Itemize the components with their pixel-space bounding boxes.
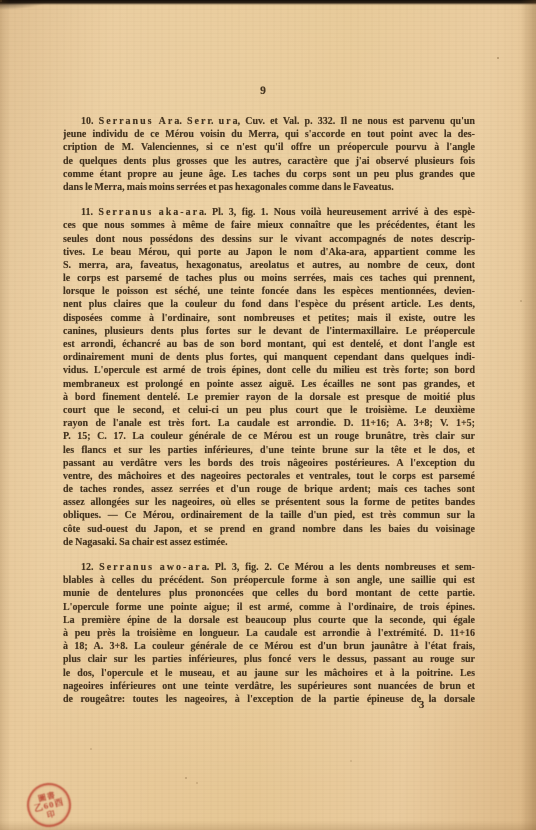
text-line: obliques. — Ce Mérou, ordinairement de l…	[63, 509, 475, 522]
text-line: membraneux est prolongé en pointe assez …	[63, 378, 475, 391]
text-line: court que le second, et celui-ci un peu …	[63, 404, 475, 417]
page-edge-shadow-bottom	[0, 821, 536, 830]
text-line: nent plus claires que la couleur du fond…	[63, 298, 475, 311]
text-line: P. 15; C. 17. La couleur générale de ce …	[63, 430, 475, 443]
text-line: tives. Le beau Mérou, qui porte au Japon…	[63, 246, 475, 259]
paragraph-11: 11. S e r r a n u s a k a - a r a. Pl. 3…	[63, 206, 475, 549]
text-line: est arrondi, échancré au bas de son bord…	[63, 338, 475, 351]
page-edge-shadow-right	[520, 0, 536, 830]
text-line: cription de M. Valenciennes, si ce n'est…	[63, 141, 475, 154]
text-line: les flancs et sur les parties inférieure…	[63, 444, 475, 457]
text-line: rayon de l'anale est très fort. La cauda…	[63, 417, 475, 430]
text-line: lorsque le poisson est séché, une teinte…	[63, 285, 475, 298]
text-line: munie de dentelures plus prononcées que …	[63, 587, 475, 600]
text-line: 11. S e r r a n u s a k a - a r a. Pl. 3…	[63, 206, 475, 219]
text-line: assez allongées sur les nageoires, où el…	[63, 496, 475, 509]
text-line: canines, plusieurs dents plus fortes sur…	[63, 325, 475, 338]
page-number: 9	[57, 85, 469, 97]
text-line: S. merra, ara, faveatus, hexagonatus, ar…	[63, 259, 475, 272]
text-line: à bord finement dentelé. Le premier rayo…	[63, 391, 475, 404]
text-line: ces que nous sommes à même de faire mieu…	[63, 219, 475, 232]
text-line: le dos, l'opercule et le museau, et au j…	[63, 667, 475, 680]
body-text: 10. S e r r a n u s A r a. S e r r. u r …	[63, 115, 475, 706]
text-line: plus clair sur les parties inférieures, …	[63, 653, 475, 666]
scan-edge-top	[0, 0, 536, 5]
text-line: blables à celles du précédent. Son préop…	[63, 574, 475, 587]
text-line: de taches rondes, assez serrées et d'un …	[63, 483, 475, 496]
text-line: L'opercule forme une pointe aigue; il es…	[63, 601, 475, 614]
text-line: ventre, des mâchoires et des nageoires p…	[63, 470, 475, 483]
text-line: le corps est parsemé de taches plus ou m…	[63, 272, 475, 285]
text-line: à 18; A. 3+8. La couleur générale de ce …	[63, 640, 475, 653]
text-line: disposées comme à l'ordinaire, sont nomb…	[63, 312, 475, 325]
text-line: dans le Merra, mais moins serrées et pas…	[63, 181, 475, 194]
text-line: nageoires inférieures ont une teinte ver…	[63, 680, 475, 693]
text-line: seules dont nous possédons des dessins s…	[63, 233, 475, 246]
text-line: La première épine de la dorsale est beau…	[63, 614, 475, 627]
text-line: comme étant propre au jeune âge. Les tac…	[63, 168, 475, 181]
text-line: 12. S e r r a n u s a w o - a r a. Pl. 3…	[63, 561, 475, 574]
scanned-book-page: 9 10. S e r r a n u s A r a. S e r r. u …	[0, 0, 536, 830]
text-line: côte sud-ouest du Japon, et se prend en …	[63, 523, 475, 536]
text-line: 10. S e r r a n u s A r a. S e r r. u r …	[63, 115, 475, 128]
paper-specks	[0, 0, 2, 2]
page-edge-shadow-left	[0, 0, 10, 830]
text-line: ordinairement muni de dents plus fortes,…	[63, 351, 475, 364]
text-line: vidus. L'opercule est armé de trois épin…	[63, 364, 475, 377]
text-line: à peu près la troisième en longueur. La …	[63, 627, 475, 640]
scan-corner-smudge	[0, 0, 70, 14]
paragraph-12: 12. S e r r a n u s a w o - a r a. Pl. 3…	[63, 561, 475, 706]
text-line: de Nagasaki. Sa chair est assez estimée.	[63, 536, 475, 549]
text-line: de quelques dents plus grosses que les a…	[63, 155, 475, 168]
stamp-glyphs-bottom: 印	[46, 808, 57, 818]
text-line: de rougeâtre: toutes les nageoires, à l'…	[63, 693, 475, 706]
text-line: passant au verdâtre vers les bords des t…	[63, 457, 475, 470]
signature-mark: 3	[419, 700, 424, 711]
paragraph-10: 10. S e r r a n u s A r a. S e r r. u r …	[63, 115, 475, 194]
text-line: jeune individu de ce Mérou voisin du Mer…	[63, 128, 475, 141]
